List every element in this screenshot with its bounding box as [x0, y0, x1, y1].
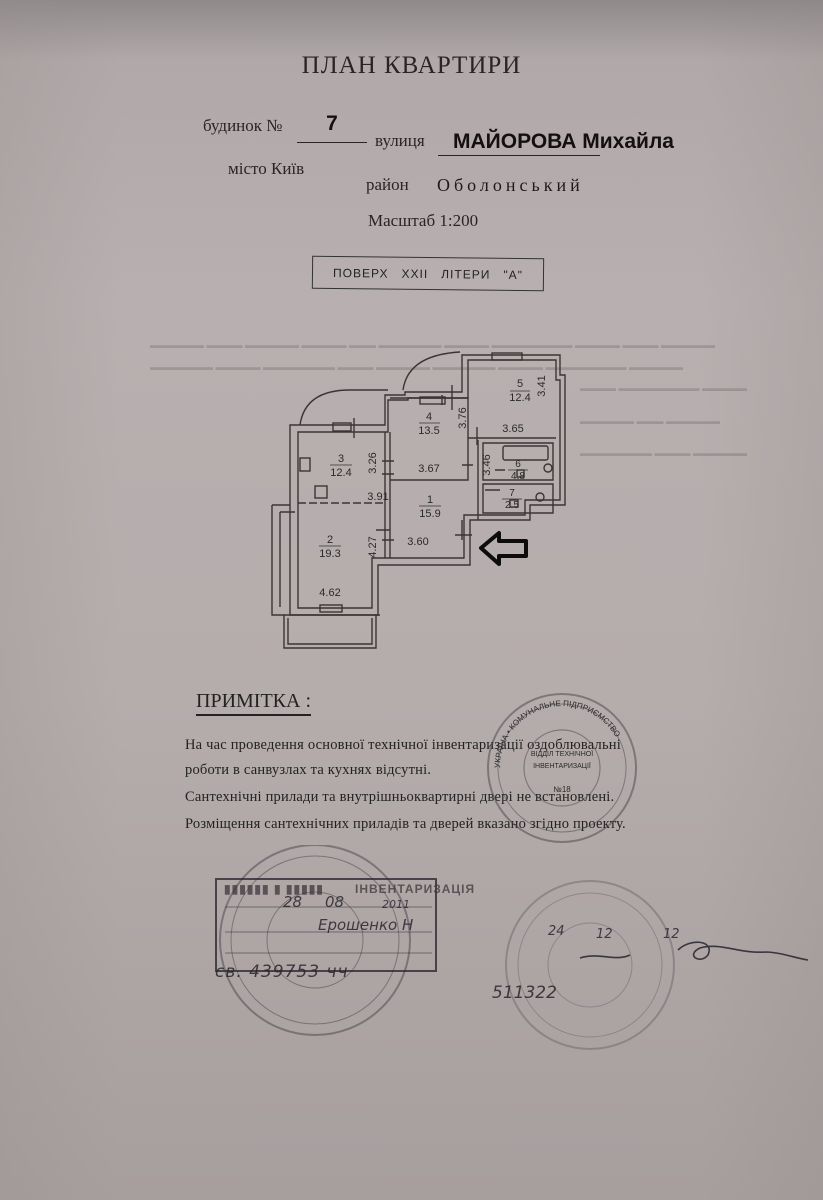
room-1-area: 15.9: [419, 508, 440, 520]
dim-room4-depth: 3.76: [457, 407, 469, 428]
stamp-header: ІНВЕНТАРИЗАЦІЯ: [355, 882, 475, 896]
stamp-center-line-2: ІНВЕНТАРИЗАЦІЇ: [533, 762, 591, 770]
room-4-number: 4: [426, 411, 432, 423]
notes-heading: ПРИМІТКА :: [196, 690, 311, 716]
room-2-number: 2: [327, 534, 333, 546]
inventory-stamp: [200, 845, 460, 1045]
dim-room4-width: 3.67: [418, 463, 439, 475]
room-5-area: 12.4: [509, 392, 530, 404]
room-6-number: 6: [515, 459, 521, 470]
note-line-2: роботи в санвузлах та кухнях відсутні.: [185, 762, 431, 779]
floor-plan: 5 12.4 4 13.5 3 12.4 1 15.9 2 19.3 6 4.8…: [0, 0, 823, 700]
stamp-month: 08: [325, 893, 344, 911]
dim-corridor-depth: 3.46: [481, 454, 493, 475]
room-4-area: 13.5: [418, 425, 439, 437]
room-3-area: 12.4: [330, 467, 351, 479]
room-3-number: 3: [338, 453, 344, 465]
room-7-number: 7: [509, 488, 515, 499]
entrance-arrow-icon: [481, 533, 526, 564]
room-5-number: 5: [517, 378, 523, 390]
room-1-number: 1: [427, 494, 433, 506]
signature-stamp: [490, 880, 820, 1050]
dim-room3-width: 3.91: [367, 491, 388, 503]
room-6-area: 4.8: [511, 471, 525, 482]
dim-room5-width: 3.65: [502, 423, 523, 435]
stamp-certificate: св. 439753 чч: [215, 962, 349, 982]
dim-room2-width: 4.62: [319, 587, 340, 599]
dim-room1-width: 3.60: [407, 536, 428, 548]
room-7-area: 2.5: [505, 500, 519, 511]
signature-year: 12: [663, 927, 680, 942]
signature-day: 24: [548, 924, 565, 939]
dim-room5-depth: 3.41: [536, 375, 548, 396]
room-2-area: 19.3: [319, 548, 340, 560]
round-stamp-top: УКРАЇНА • КОМУНАЛЬНЕ ПІДПРИЄМСТВО ВІДДІЛ…: [470, 690, 650, 850]
signature-scribble: [580, 942, 808, 960]
stamp-center-line-3: №18: [553, 785, 571, 794]
signature-number: 511322: [492, 983, 557, 1003]
signature-month: 12: [596, 927, 613, 942]
stamp-day: 28: [283, 893, 302, 911]
stamp-inspector: Ерошенко Н: [318, 916, 413, 934]
stamp-center-line-1: ВІДДІЛ ТЕХНІЧНОЇ: [531, 750, 593, 758]
dim-room2-depth: 4.27: [367, 536, 379, 557]
stamp-year: 2011: [382, 898, 410, 911]
stamp-header-prefix: ▮▮▮▮▮▮ ▮ ▮▮▮▮▮: [224, 882, 324, 896]
dim-room3-depth: 3.26: [367, 452, 379, 473]
